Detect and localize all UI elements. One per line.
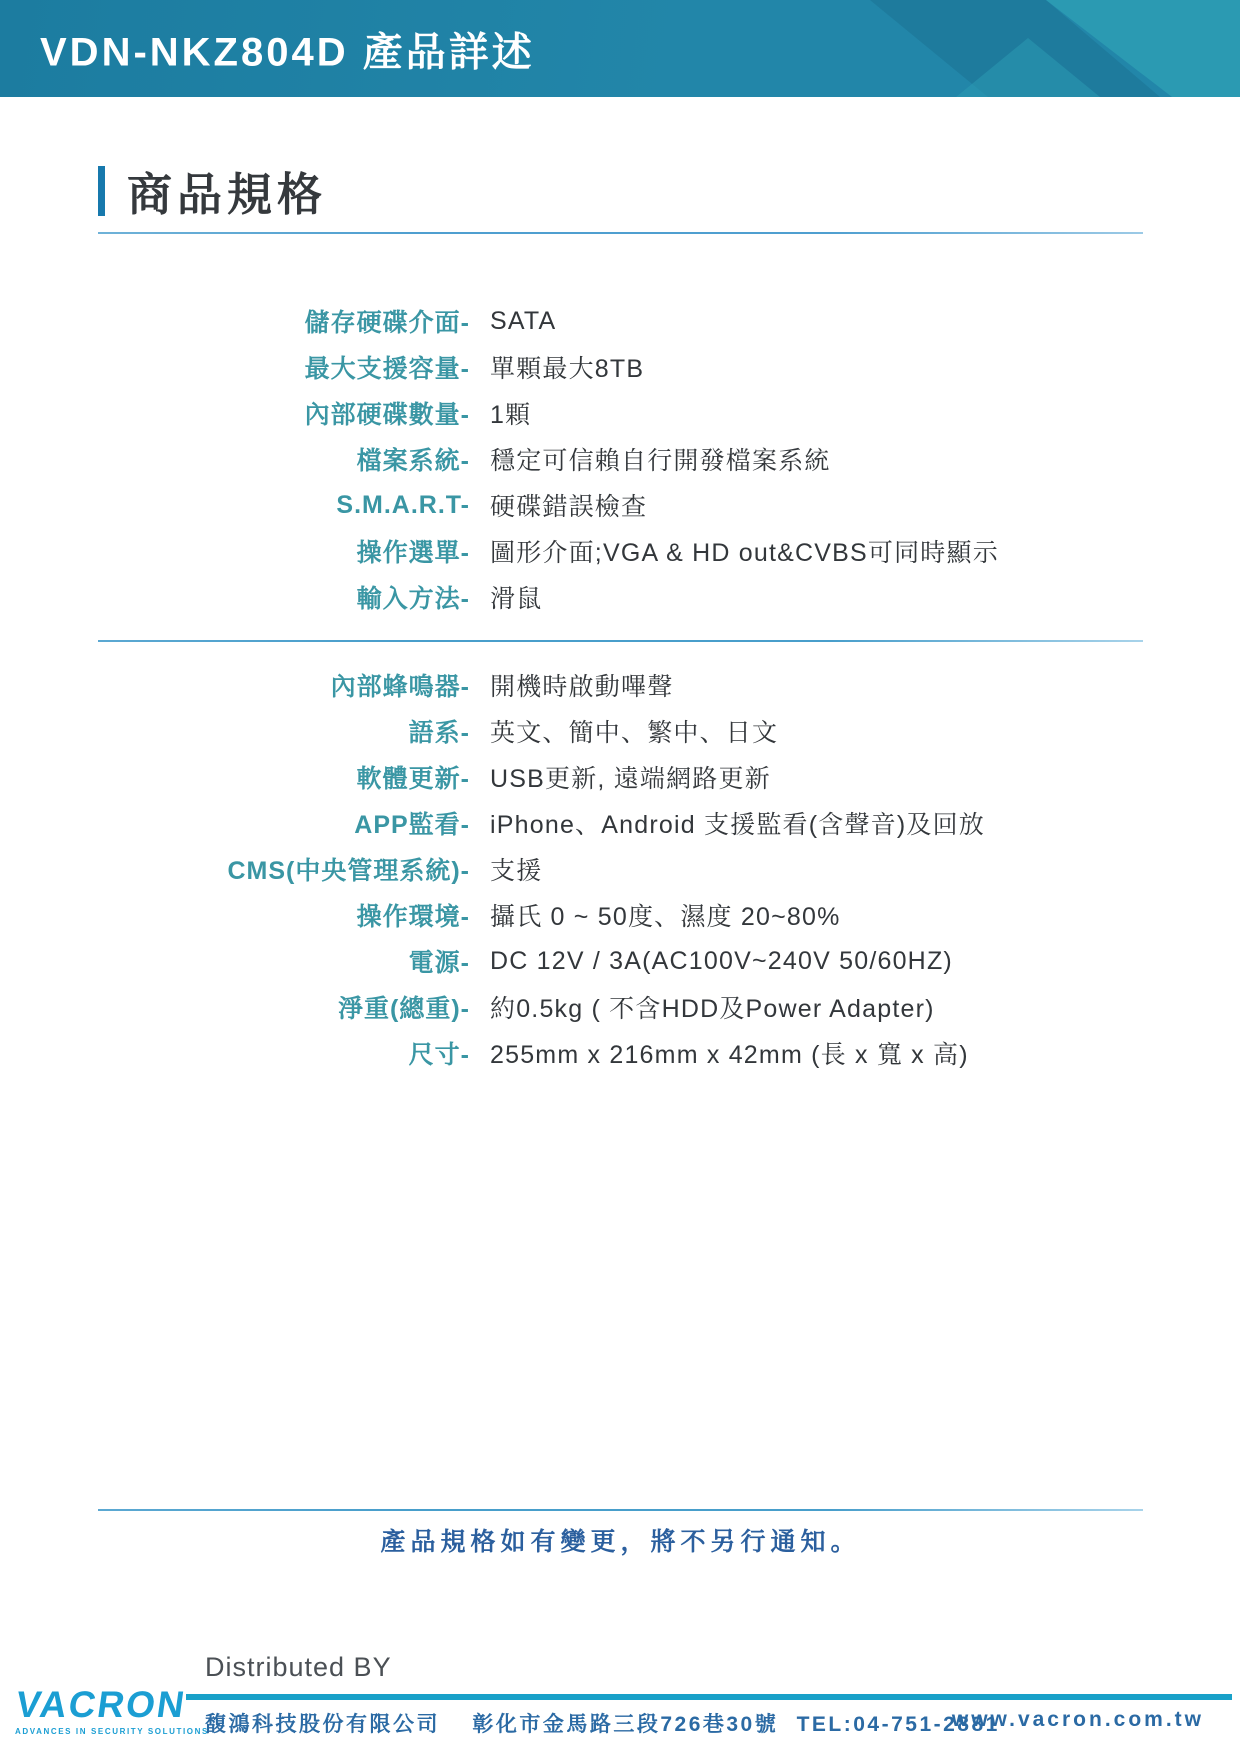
spec-label: 最大支援容量- bbox=[98, 349, 470, 385]
section-divider bbox=[98, 640, 1143, 642]
vacron-logo: VACRON ADVANCES IN SECURITY SOLUTIONS bbox=[15, 1686, 187, 1736]
header-banner: VDN-NKZ804D 產品詳述 bbox=[0, 0, 1240, 97]
spec-value: SATA bbox=[490, 307, 556, 336]
spec-value: 開機時啟動嗶聲 bbox=[490, 667, 673, 703]
spec-row: 儲存硬碟介面- SATA bbox=[98, 298, 1143, 344]
vacron-logo-tagline: ADVANCES IN SECURITY SOLUTIONS bbox=[15, 1727, 187, 1736]
spec-row: 電源- DC 12V / 3A(AC100V~240V 50/60HZ) bbox=[98, 938, 1143, 984]
spec-value: USB更新, 遠端網路更新 bbox=[490, 759, 771, 795]
vacron-logo-wordmark: VACRON bbox=[12, 1686, 189, 1723]
spec-value: 單顆最大8TB bbox=[490, 349, 644, 385]
company-name: 馥鴻科技股份有限公司 bbox=[205, 1713, 440, 1736]
spec-label: S.M.A.R.T- bbox=[98, 491, 470, 520]
spec-list-secondary: 內部蜂鳴器- 開機時啟動嗶聲 語系- 英文、簡中、繁中、日文 軟體更新- USB… bbox=[98, 662, 1143, 1076]
spec-row: 操作選單- 圖形介面;VGA & HD out&CVBS可同時顯示 bbox=[98, 528, 1143, 574]
spec-row: 尺寸- 255mm x 216mm x 42mm (長 x 寬 x 高) bbox=[98, 1030, 1143, 1076]
footer-accent-bar bbox=[186, 1694, 1232, 1700]
spec-value: 攝氏 0 ~ 50度、濕度 20~80% bbox=[490, 897, 841, 933]
spec-row: 檔案系統- 穩定可信賴自行開發檔案系統 bbox=[98, 436, 1143, 482]
distributed-by-label: Distributed BY bbox=[205, 1652, 392, 1683]
page: VDN-NKZ804D 產品詳述 商品規格 儲存硬碟介面- SATA 最大支援容… bbox=[0, 0, 1240, 1754]
spec-value: 穩定可信賴自行開發檔案系統 bbox=[490, 441, 831, 477]
spec-value: 約0.5kg ( 不含HDD及Power Adapter) bbox=[490, 989, 935, 1025]
spec-list-primary: 儲存硬碟介面- SATA 最大支援容量- 單顆最大8TB 內部硬碟數量- 1顆 … bbox=[98, 298, 1143, 620]
heading-accent-bar bbox=[98, 166, 105, 216]
spec-value: 硬碟錯誤檢查 bbox=[490, 487, 647, 523]
spec-label: APP監看- bbox=[98, 805, 470, 841]
spec-label: 檔案系統- bbox=[98, 441, 470, 477]
spec-row: 操作環境- 攝氏 0 ~ 50度、濕度 20~80% bbox=[98, 892, 1143, 938]
spec-label: 內部硬碟數量- bbox=[98, 395, 470, 431]
spec-value: 1顆 bbox=[490, 395, 531, 431]
spec-label: 儲存硬碟介面- bbox=[98, 303, 470, 339]
spec-row: 最大支援容量- 單顆最大8TB bbox=[98, 344, 1143, 390]
spec-row: 軟體更新- USB更新, 遠端網路更新 bbox=[98, 754, 1143, 800]
spec-value: 滑鼠 bbox=[490, 579, 542, 615]
bottom-divider bbox=[98, 1509, 1143, 1511]
spec-label: 軟體更新- bbox=[98, 759, 470, 795]
spec-label: 尺寸- bbox=[98, 1035, 470, 1071]
spec-value: DC 12V / 3A(AC100V~240V 50/60HZ) bbox=[490, 947, 953, 976]
spec-row: S.M.A.R.T- 硬碟錯誤檢查 bbox=[98, 482, 1143, 528]
spec-row: 內部蜂鳴器- 開機時啟動嗶聲 bbox=[98, 662, 1143, 708]
spec-label: 電源- bbox=[98, 943, 470, 979]
spec-value: iPhone、Android 支援監看(含聲音)及回放 bbox=[490, 805, 985, 841]
spec-label: 操作環境- bbox=[98, 897, 470, 933]
section-heading: 商品規格 bbox=[98, 158, 327, 223]
spec-value: 英文、簡中、繁中、日文 bbox=[490, 713, 778, 749]
spec-row: 內部硬碟數量- 1顆 bbox=[98, 390, 1143, 436]
spec-value: 255mm x 216mm x 42mm (長 x 寬 x 高) bbox=[490, 1035, 969, 1071]
spec-value: 支援 bbox=[490, 851, 542, 887]
spec-label: 內部蜂鳴器- bbox=[98, 667, 470, 703]
spec-label: 輸入方法- bbox=[98, 579, 470, 615]
website-url: www.vacron.com.tw bbox=[952, 1708, 1204, 1732]
spec-row: CMS(中央管理系統)- 支援 bbox=[98, 846, 1143, 892]
spec-label: 語系- bbox=[98, 713, 470, 749]
page-title: VDN-NKZ804D 產品詳述 bbox=[40, 20, 535, 77]
spec-label: 操作選單- bbox=[98, 533, 470, 569]
spec-label: 淨重(總重)- bbox=[98, 989, 470, 1025]
spec-row: APP監看- iPhone、Android 支援監看(含聲音)及回放 bbox=[98, 800, 1143, 846]
spec-row: 輸入方法- 滑鼠 bbox=[98, 574, 1143, 620]
section-title: 商品規格 bbox=[127, 158, 327, 223]
spec-label: CMS(中央管理系統)- bbox=[98, 851, 470, 887]
heading-underline bbox=[98, 232, 1143, 234]
spec-row: 淨重(總重)- 約0.5kg ( 不含HDD及Power Adapter) bbox=[98, 984, 1143, 1030]
disclaimer-note: 產品規格如有變更，將不另行通知。 bbox=[98, 1522, 1143, 1558]
spec-row: 語系- 英文、簡中、繁中、日文 bbox=[98, 708, 1143, 754]
company-address: 彰化市金馬路三段726巷30號 bbox=[472, 1713, 778, 1736]
spec-value: 圖形介面;VGA & HD out&CVBS可同時顯示 bbox=[490, 533, 999, 569]
